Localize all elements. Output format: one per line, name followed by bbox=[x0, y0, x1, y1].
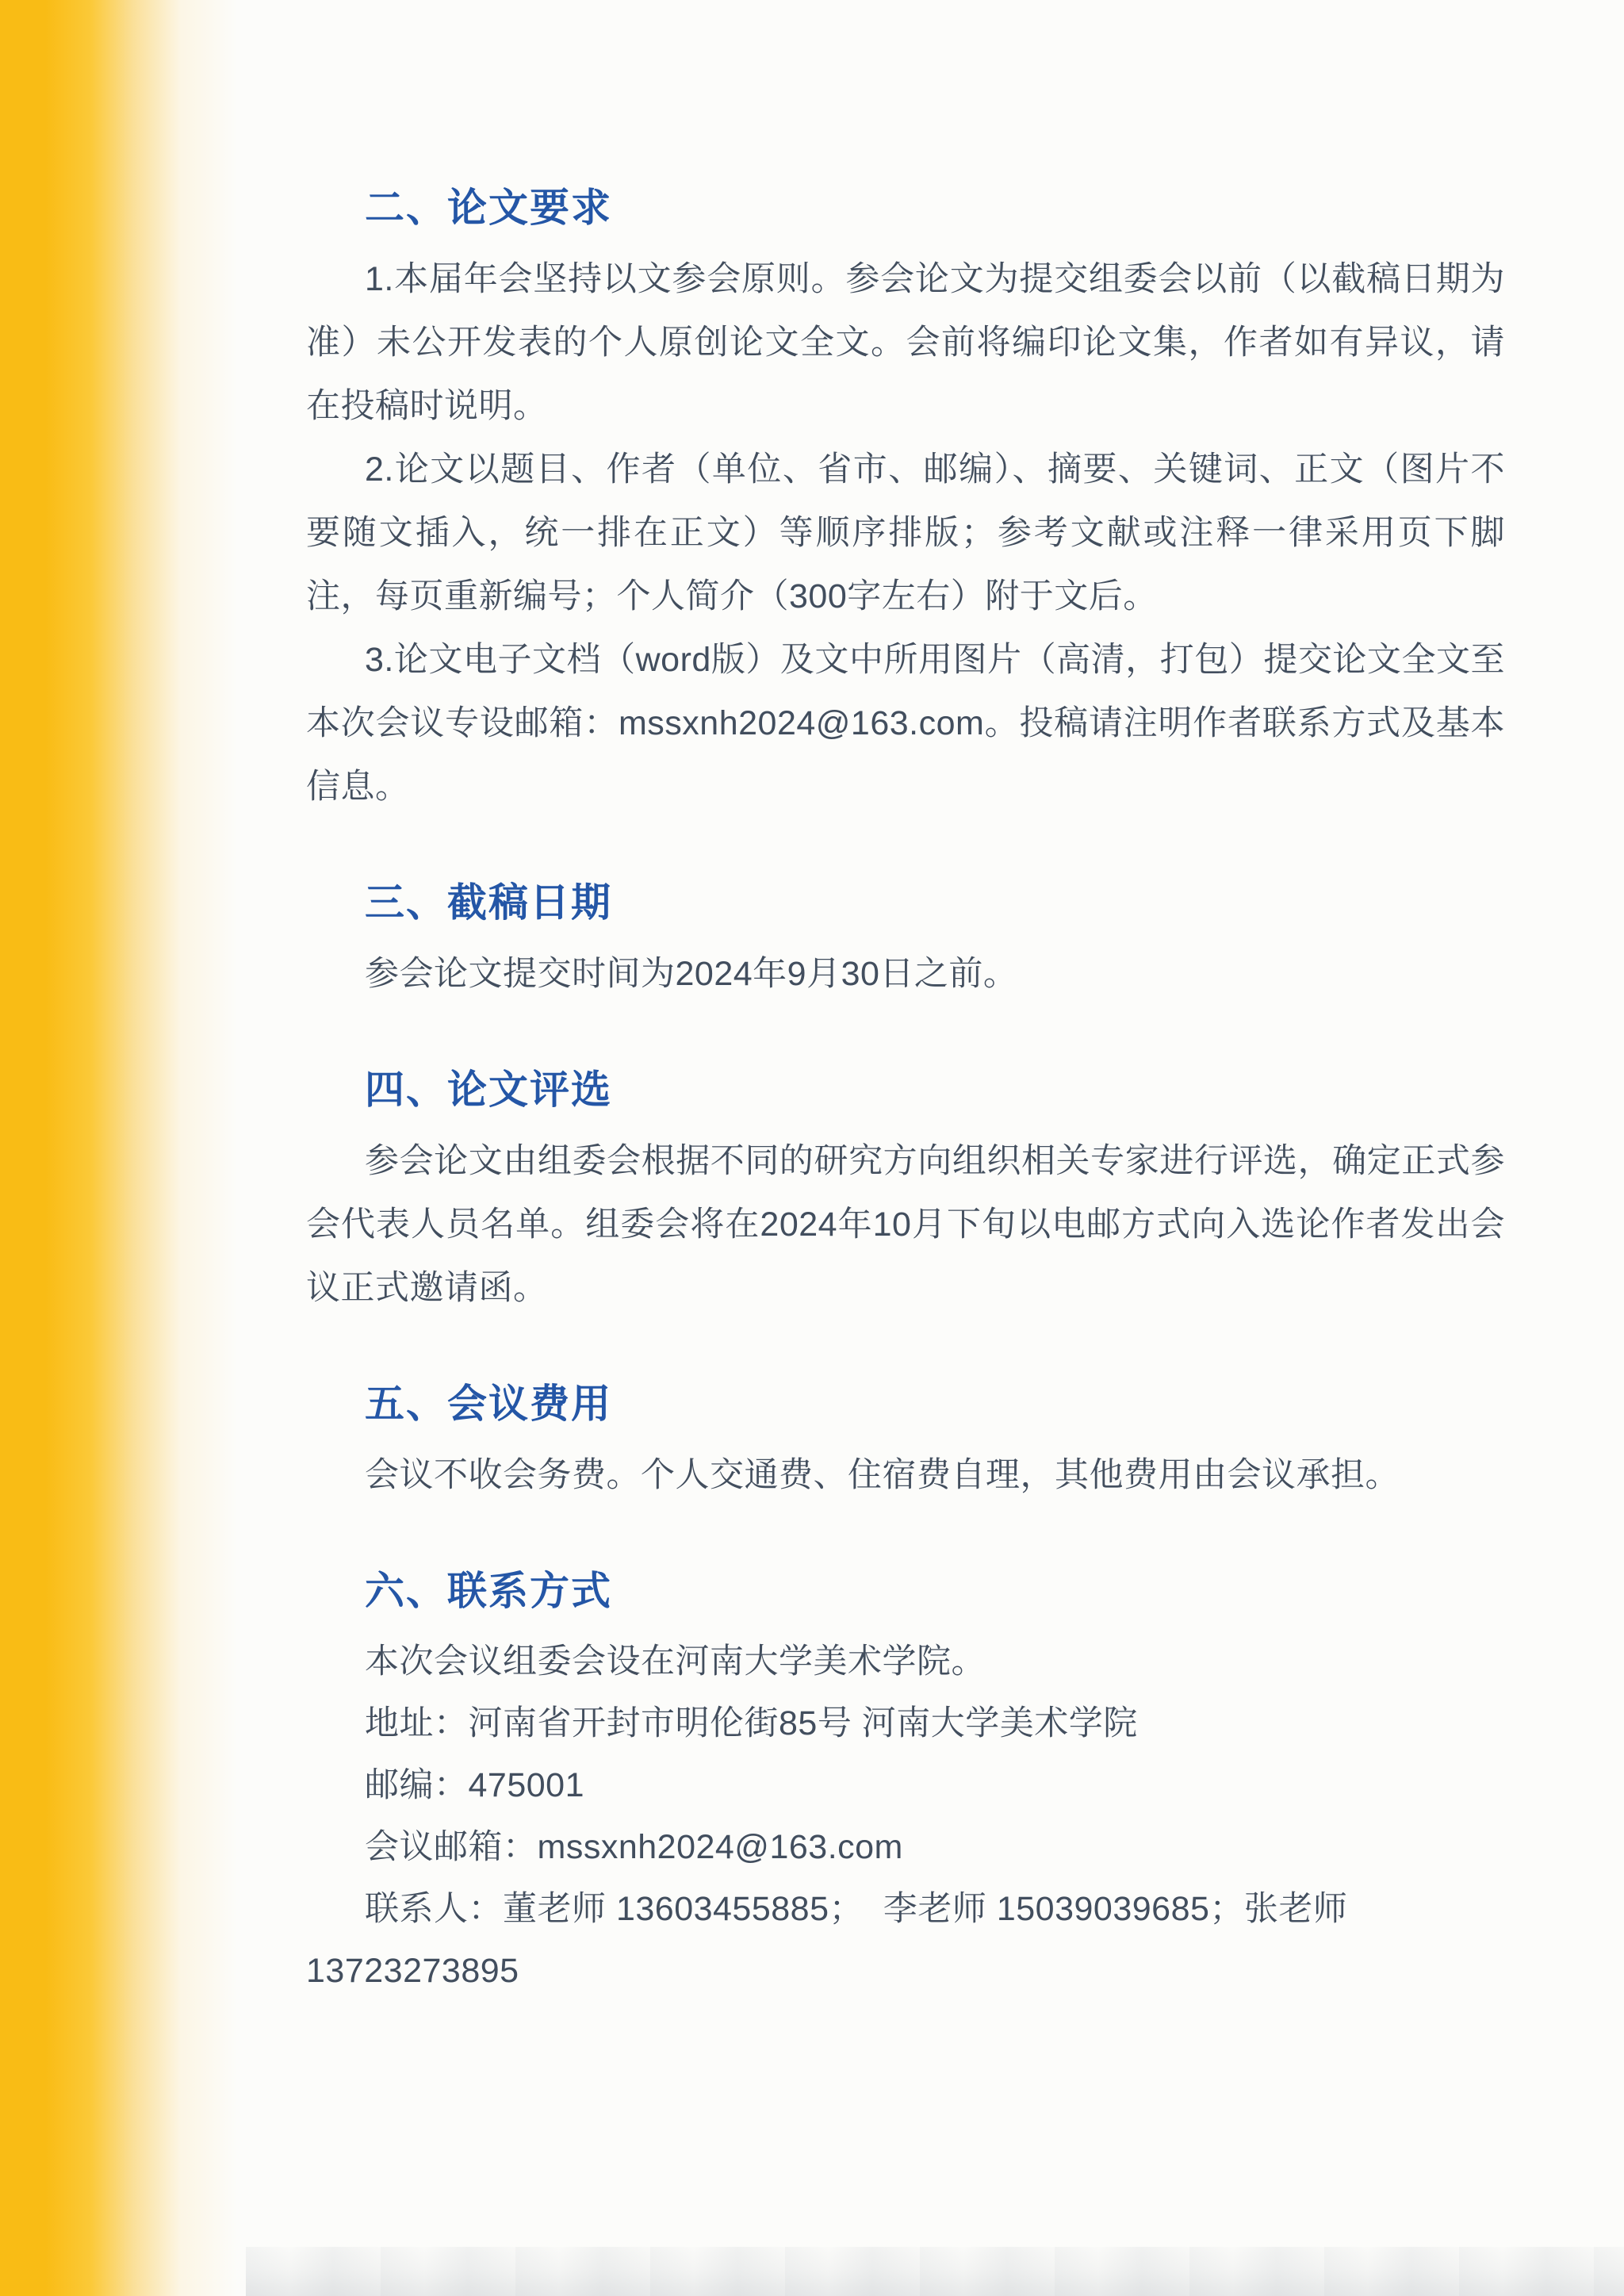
heading-paper-selection: 四、论文评选 bbox=[365, 1061, 1505, 1118]
document-page: 二、论文要求 1.本届年会坚持以文参会原则。参会论文为提交组委会以前（以截稿日期… bbox=[0, 0, 1624, 2296]
heading-contact-info: 六、联系方式 bbox=[365, 1562, 1505, 1619]
heading-deadline: 三、截稿日期 bbox=[365, 874, 1505, 931]
para-conference-email: 会议邮箱：mssxnh2024@163.com bbox=[306, 1816, 1505, 1878]
heading-conference-fees: 五、会议费用 bbox=[365, 1375, 1505, 1432]
bottom-watermark bbox=[246, 2247, 1624, 2296]
para-selection-process: 参会论文由组委会根据不同的研究方向组织相关专家进行评选，确定正式参会代表人员名单… bbox=[306, 1129, 1505, 1320]
document-content: 二、论文要求 1.本届年会坚持以文参会原则。参会论文为提交组委会以前（以截稿日期… bbox=[306, 0, 1505, 2002]
para-electronic-submission: 3.论文电子文档（word版）及文中所用图片（高清，打包）提交论文全文至本次会议… bbox=[306, 628, 1505, 818]
section-conference-fees: 五、会议费用 会议不收会务费。个人交通费、住宿费自理，其他费用由会议承担。 bbox=[306, 1375, 1505, 1507]
heading-paper-requirements: 二、论文要求 bbox=[365, 179, 1505, 236]
para-address: 地址：河南省开封市明伦街85号 河南大学美术学院 bbox=[306, 1692, 1505, 1754]
para-submission-principle: 1.本届年会坚持以文参会原则。参会论文为提交组委会以前（以截稿日期为准）未公开发… bbox=[306, 247, 1505, 438]
para-postal-code: 邮编：475001 bbox=[306, 1754, 1505, 1816]
para-deadline: 参会论文提交时间为2024年9月30日之前。 bbox=[306, 942, 1505, 1006]
section-paper-selection: 四、论文评选 参会论文由组委会根据不同的研究方向组织相关专家进行评选，确定正式参… bbox=[306, 1061, 1505, 1320]
para-format-order: 2.论文以题目、作者（单位、省市、邮编）、摘要、关键词、正文（图片不要随文插入，… bbox=[306, 438, 1505, 628]
section-deadline: 三、截稿日期 参会论文提交时间为2024年9月30日之前。 bbox=[306, 874, 1505, 1006]
para-contacts: 联系人：董老师 13603455885； 李老师 15039039685；张老师… bbox=[306, 1878, 1505, 2002]
section-contact-info: 六、联系方式 本次会议组委会设在河南大学美术学院。 地址：河南省开封市明伦街85… bbox=[306, 1562, 1505, 2002]
para-committee-location: 本次会议组委会设在河南大学美术学院。 bbox=[306, 1631, 1505, 1692]
section-paper-requirements: 二、论文要求 1.本届年会坚持以文参会原则。参会论文为提交组委会以前（以截稿日期… bbox=[306, 179, 1505, 818]
left-gradient-stripe bbox=[0, 0, 238, 2296]
para-fees: 会议不收会务费。个人交通费、住宿费自理，其他费用由会议承担。 bbox=[306, 1443, 1505, 1507]
